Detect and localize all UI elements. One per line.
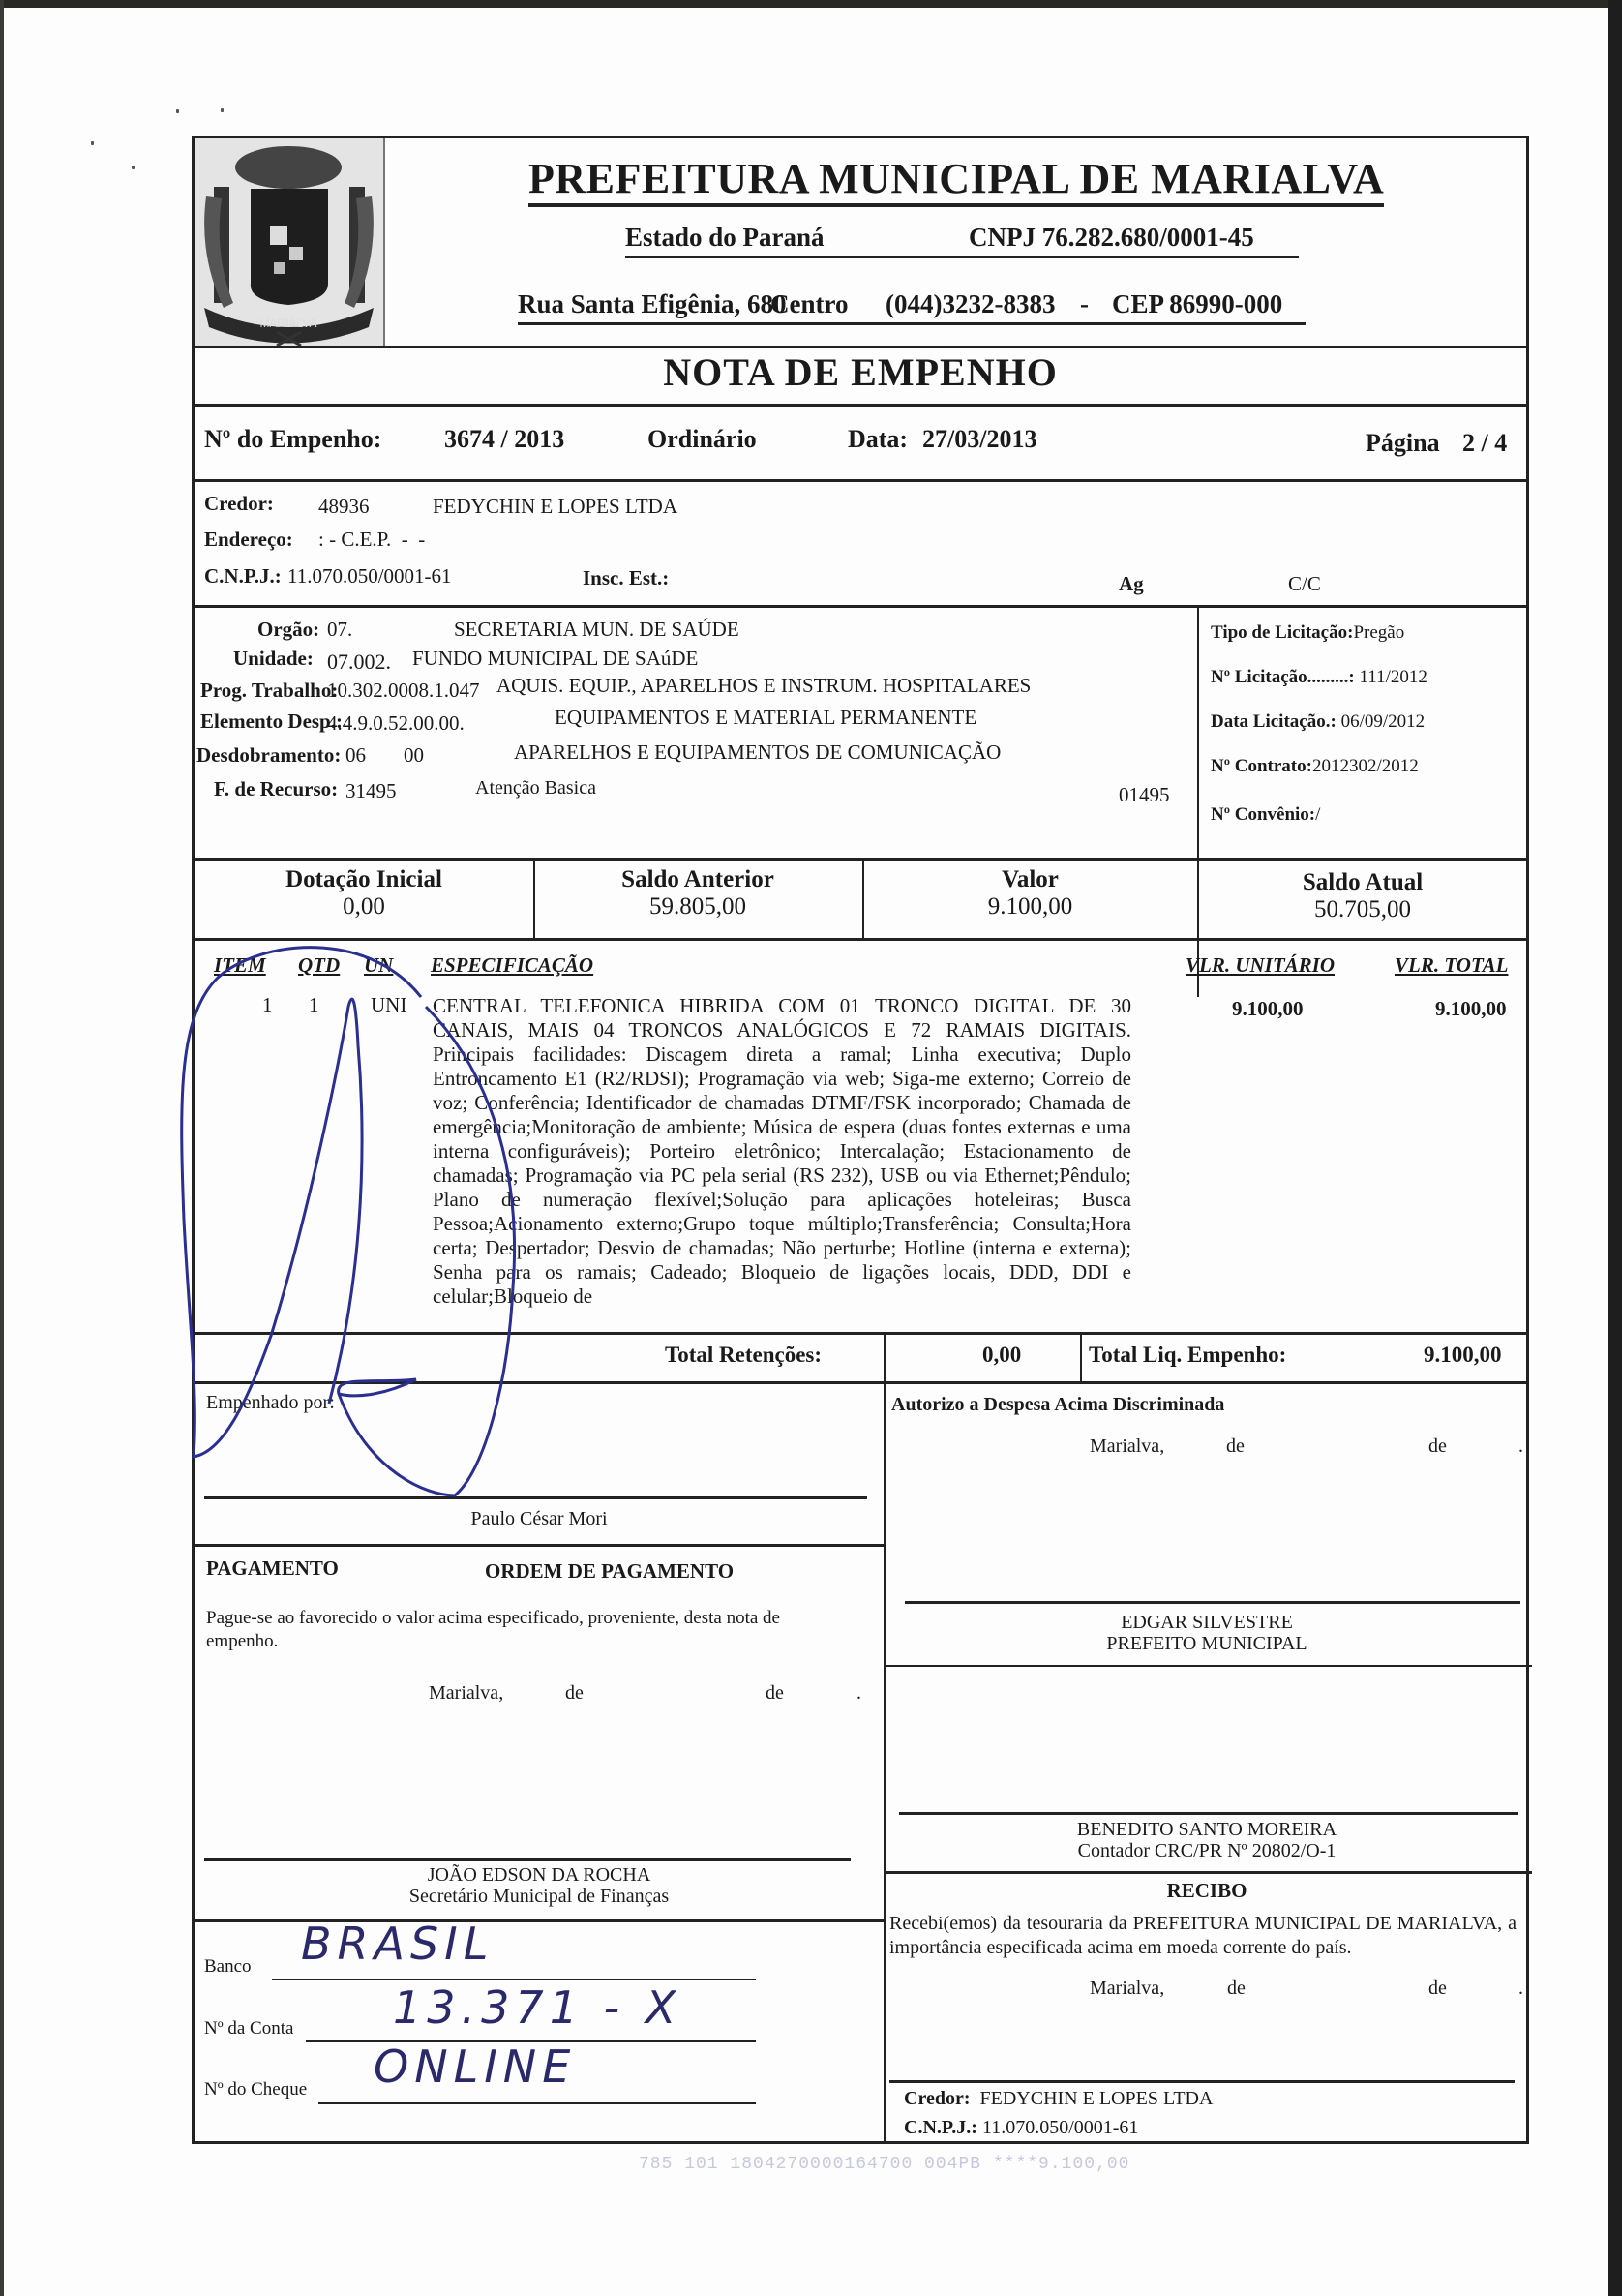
empenhado-signer: Paulo César Mori [195, 1508, 884, 1530]
recibo-dot: . [1518, 1978, 1523, 2000]
header-dash: - [1080, 288, 1089, 319]
divider [884, 1665, 1532, 1667]
contador-name: BENEDITO SANTO MOREIRA [885, 1819, 1529, 1840]
pagamento-label: PAGAMENTO [206, 1556, 339, 1581]
banco-label: Banco [204, 1956, 252, 1978]
conta-value[interactable]: 13.371 - X [393, 1981, 681, 2034]
balance-label: Saldo Anterior [533, 866, 862, 893]
scan-edge-top [0, 0, 1622, 8]
tipo-licitacao-label: Tipo de Licitação: [1211, 622, 1353, 643]
cheque-label: Nº do Cheque [204, 2079, 307, 2100]
phone: (044)3232-8383 [886, 288, 1055, 319]
unidade-name: FUNDO MUNICIPAL DE SAúDE [412, 647, 698, 671]
balance-label: Valor [862, 866, 1198, 893]
scan-speck [132, 166, 135, 169]
bank-authentication-stamp: 785 101 1804270000164700 004PB ****9.100… [639, 2155, 1129, 2174]
header-underline [518, 322, 1306, 325]
scan-edge-left [0, 0, 4, 2296]
cep: CEP 86990-000 [1112, 288, 1282, 319]
data-licitacao-value: 06/09/2012 [1341, 711, 1426, 732]
divider [884, 1871, 1532, 1874]
autorizo-title: Autorizo a Despesa Acima Discriminada [891, 1394, 1224, 1416]
col-header-qtd: QTD [298, 953, 340, 978]
divider [195, 1919, 884, 1922]
item-number: 1 [262, 993, 273, 1017]
pagamento-de2: de [766, 1682, 784, 1705]
page-label: Página [1366, 429, 1440, 458]
balance-label: Dotação Inicial [195, 866, 533, 893]
empenho-date: 27/03/2013 [922, 425, 1036, 454]
street-address: Rua Santa Efigênia, 680 [518, 288, 787, 319]
autorizo-de1: de [1226, 1435, 1245, 1458]
coat-of-arms-logo: MARIALVA [195, 138, 385, 346]
recibo-de1: de [1227, 1978, 1246, 2000]
convenio: Nº Convênio:/ [1211, 804, 1320, 826]
item-total-value: 9.100,00 [1435, 997, 1507, 1021]
balance-label: Saldo Atual [1198, 869, 1527, 896]
contador-role: Contador CRC/PR Nº 20802/O-1 [885, 1840, 1529, 1861]
convenio-value: / [1315, 804, 1320, 825]
contrato: Nº Contrato:2012302/2012 [1211, 756, 1419, 777]
orgao-name: SECRETARIA MUN. DE SAÚDE [454, 618, 739, 642]
unidade-label: Unidade: [233, 647, 314, 671]
balance-valor: Valor 9.100,00 [862, 866, 1198, 921]
data-licitacao: Data Licitação.: 06/09/2012 [1211, 711, 1425, 733]
autorizo-place: Marialva, [1090, 1435, 1164, 1458]
divider [195, 938, 1526, 941]
col-header-un: UN [364, 953, 393, 978]
orgao-code: 07. [327, 618, 352, 642]
autorizo-dot: . [1518, 1435, 1523, 1458]
item-specification: CENTRAL TELEFONICA HIBRIDA COM 01 TRONCO… [433, 994, 1131, 1321]
item-qty: 1 [309, 993, 319, 1017]
column-divider [1080, 1332, 1082, 1383]
tipo-licitacao: Tipo de Licitação:Pregão [1211, 622, 1404, 644]
total-liquido-label: Total Liq. Empenho: [1089, 1343, 1286, 1368]
empenhado-label: Empenhado por: [206, 1392, 335, 1414]
numero-licitacao-label: Nº Licitação.........: [1211, 667, 1355, 687]
divider [195, 479, 1526, 482]
recibo-title: RECIBO [885, 1879, 1529, 1903]
fonte-recurso-code: 31495 [345, 779, 397, 803]
item-unit-value: 9.100,00 [1232, 997, 1304, 1021]
contrato-value: 2012302/2012 [1312, 756, 1419, 776]
cheque-line [318, 2102, 756, 2104]
municipality-title: PREFEITURA MUNICIPAL DE MARIALVA [528, 155, 1384, 207]
secretario-name: JOÃO EDSON DA ROCHA [195, 1864, 884, 1886]
divider [195, 1332, 1526, 1335]
cheque-value[interactable]: ONLINE [374, 2040, 576, 2093]
ordem-pagamento-title: ORDEM DE PAGAMENTO [485, 1559, 734, 1584]
empenho-type: Ordinário [647, 425, 757, 454]
account-label: C/C [1288, 572, 1321, 596]
elemento-desp-code: 4.4.9.0.52.00.00. [327, 711, 465, 736]
contador-signature-block: BENEDITO SANTO MOREIRA Contador CRC/PR N… [885, 1819, 1529, 1861]
secretario-role: Secretário Municipal de Finanças [195, 1886, 884, 1907]
empenho-number: 3674 / 2013 [444, 425, 564, 454]
scan-speck [176, 109, 179, 113]
orgao-label: Orgão: [257, 618, 319, 642]
col-header-unit-value: VLR. UNITÁRIO [1186, 953, 1335, 978]
col-header-item: ITEM [214, 953, 266, 978]
balance-value: 0,00 [195, 893, 533, 921]
recibo-de2: de [1428, 1978, 1447, 2000]
contrato-label: Nº Contrato: [1211, 756, 1312, 776]
fonte-recurso-label: F. de Recurso: [214, 777, 338, 801]
pagamento-dot: . [856, 1682, 861, 1705]
pagamento-de1: de [565, 1682, 584, 1705]
balance-dotacao-inicial: Dotação Inicial 0,00 [195, 866, 533, 921]
district: Centro [770, 288, 849, 319]
fonte-recurso-name: Atenção Basica [475, 777, 596, 800]
divider [195, 346, 1526, 348]
tipo-licitacao-value: Pregão [1353, 622, 1404, 643]
insc-est-label: Insc. Est.: [583, 566, 669, 590]
column-divider [884, 1381, 886, 2144]
autorizo-de2: de [1428, 1435, 1447, 1458]
recibo-credor-value: FEDYCHIN E LOPES LTDA [980, 2088, 1214, 2109]
header-underline [625, 256, 1299, 258]
empenho-number-label: Nº do Empenho: [204, 425, 381, 454]
municipal-coat-of-arms-icon: MARIALVA [195, 138, 383, 346]
col-header-spec: ESPECIFICAÇÃO [431, 953, 593, 978]
agency-label: Ag [1119, 572, 1144, 596]
desdobramento-code2: 00 [404, 743, 424, 768]
prefeito-role: PREFEITO MUNICIPAL [885, 1633, 1529, 1654]
divider [195, 1381, 1526, 1384]
signature-line [905, 1601, 1520, 1604]
pagamento-text: Pague-se ao favorecido o valor acima esp… [206, 1607, 845, 1653]
document-title: NOTA DE EMPENHO [195, 349, 1526, 395]
balance-saldo-atual: Saldo Atual 50.705,00 [1198, 869, 1527, 923]
scan-edge-right [1608, 0, 1622, 2296]
banco-value[interactable]: BRASIL [301, 1918, 494, 1970]
numero-licitacao-value: 111/2012 [1360, 667, 1427, 687]
scan-speck [221, 108, 224, 112]
balance-value: 50.705,00 [1198, 896, 1527, 923]
divider [195, 404, 1526, 407]
desdobramento-label: Desdobramento: [196, 743, 341, 768]
total-retencoes-value: 0,00 [982, 1343, 1021, 1368]
col-header-total-value: VLR. TOTAL [1395, 953, 1508, 978]
balance-saldo-anterior: Saldo Anterior 59.805,00 [533, 866, 862, 921]
numero-licitacao: Nº Licitação.........: 111/2012 [1211, 667, 1427, 688]
total-retencoes-label: Total Retenções: [665, 1343, 822, 1368]
prefeito-name: EDGAR SILVESTRE [885, 1612, 1529, 1633]
banco-line [272, 1979, 756, 1980]
prog-trabalho-label: Prog. Trabalho: [200, 679, 338, 703]
prefeito-signature-block: EDGAR SILVESTRE PREFEITO MUNICIPAL [885, 1612, 1529, 1654]
conta-label: Nº da Conta [204, 2018, 293, 2039]
cnpj-label: C.N.P.J.: [204, 564, 282, 589]
empenho-date-label: Data: [848, 425, 908, 454]
signature-line [204, 1496, 867, 1499]
signature-line [204, 1858, 851, 1861]
credor-name: FEDYCHIN E LOPES LTDA [433, 495, 677, 519]
elemento-desp-label: Elemento Desp.: [200, 710, 343, 734]
credor-label: Credor: [204, 492, 274, 516]
recibo-place: Marialva, [1090, 1978, 1164, 2000]
nota-de-empenho-form: MARIALVA PREFEITURA MUNICIPAL DE MARIALV… [192, 136, 1529, 2144]
item-unit: UNI [371, 993, 406, 1017]
balance-value: 9.100,00 [862, 893, 1198, 921]
divider [195, 858, 1526, 861]
secretario-signature-block: JOÃO EDSON DA ROCHA Secretário Municipal… [195, 1864, 884, 1907]
municipality-cnpj: CNPJ 76.282.680/0001-45 [969, 222, 1254, 253]
cnpj-value: 11.070.050/0001-61 [287, 564, 452, 589]
page-number: 2 / 4 [1462, 429, 1507, 458]
prog-trabalho-code: 10.302.0008.1.047 [327, 679, 480, 703]
total-liquido-value: 9.100,00 [1424, 1343, 1502, 1368]
divider [195, 1544, 884, 1547]
endereco-label: Endereço: [204, 528, 293, 552]
recibo-text: Recebi(emos) da tesouraria da PREFEITURA… [889, 1912, 1517, 1960]
endereco-value: : - C.E.P. - - [318, 528, 425, 552]
state-name: Estado do Paraná [625, 222, 825, 253]
svg-text:MARIALVA: MARIALVA [260, 317, 317, 330]
fonte-recurso-extra: 01495 [1119, 783, 1170, 807]
recibo-credor-label: Credor: [904, 2088, 971, 2109]
signature-line [899, 1812, 1518, 1815]
prog-trabalho-name: AQUIS. EQUIP., APARELHOS E INSTRUM. HOSP… [496, 674, 1031, 698]
elemento-desp-name: EQUIPAMENTOS E MATERIAL PERMANENTE [555, 706, 976, 730]
recibo-credor: Credor: FEDYCHIN E LOPES LTDA [904, 2088, 1213, 2110]
pagamento-place: Marialva, [429, 1682, 503, 1705]
data-licitacao-label: Data Licitação.: [1211, 711, 1337, 732]
convenio-label: Nº Convênio: [1211, 804, 1315, 825]
divider [195, 605, 1526, 608]
recibo-cnpj-label: C.N.P.J.: [904, 2117, 977, 2138]
credor-code: 48936 [318, 495, 370, 519]
unidade-code: 07.002. [327, 650, 391, 675]
column-divider [884, 1332, 886, 1383]
recibo-cnpj-value: 11.070.050/0001-61 [982, 2117, 1138, 2138]
balance-value: 59.805,00 [533, 893, 862, 921]
signature-line [889, 2080, 1515, 2083]
desdobramento-name: APARELHOS E EQUIPAMENTOS DE COMUNICAÇÃO [514, 740, 1001, 765]
scan-speck [91, 141, 94, 145]
desdobramento-code1: 06 [345, 743, 366, 768]
recibo-cnpj: C.N.P.J.: 11.070.050/0001-61 [904, 2117, 1138, 2139]
